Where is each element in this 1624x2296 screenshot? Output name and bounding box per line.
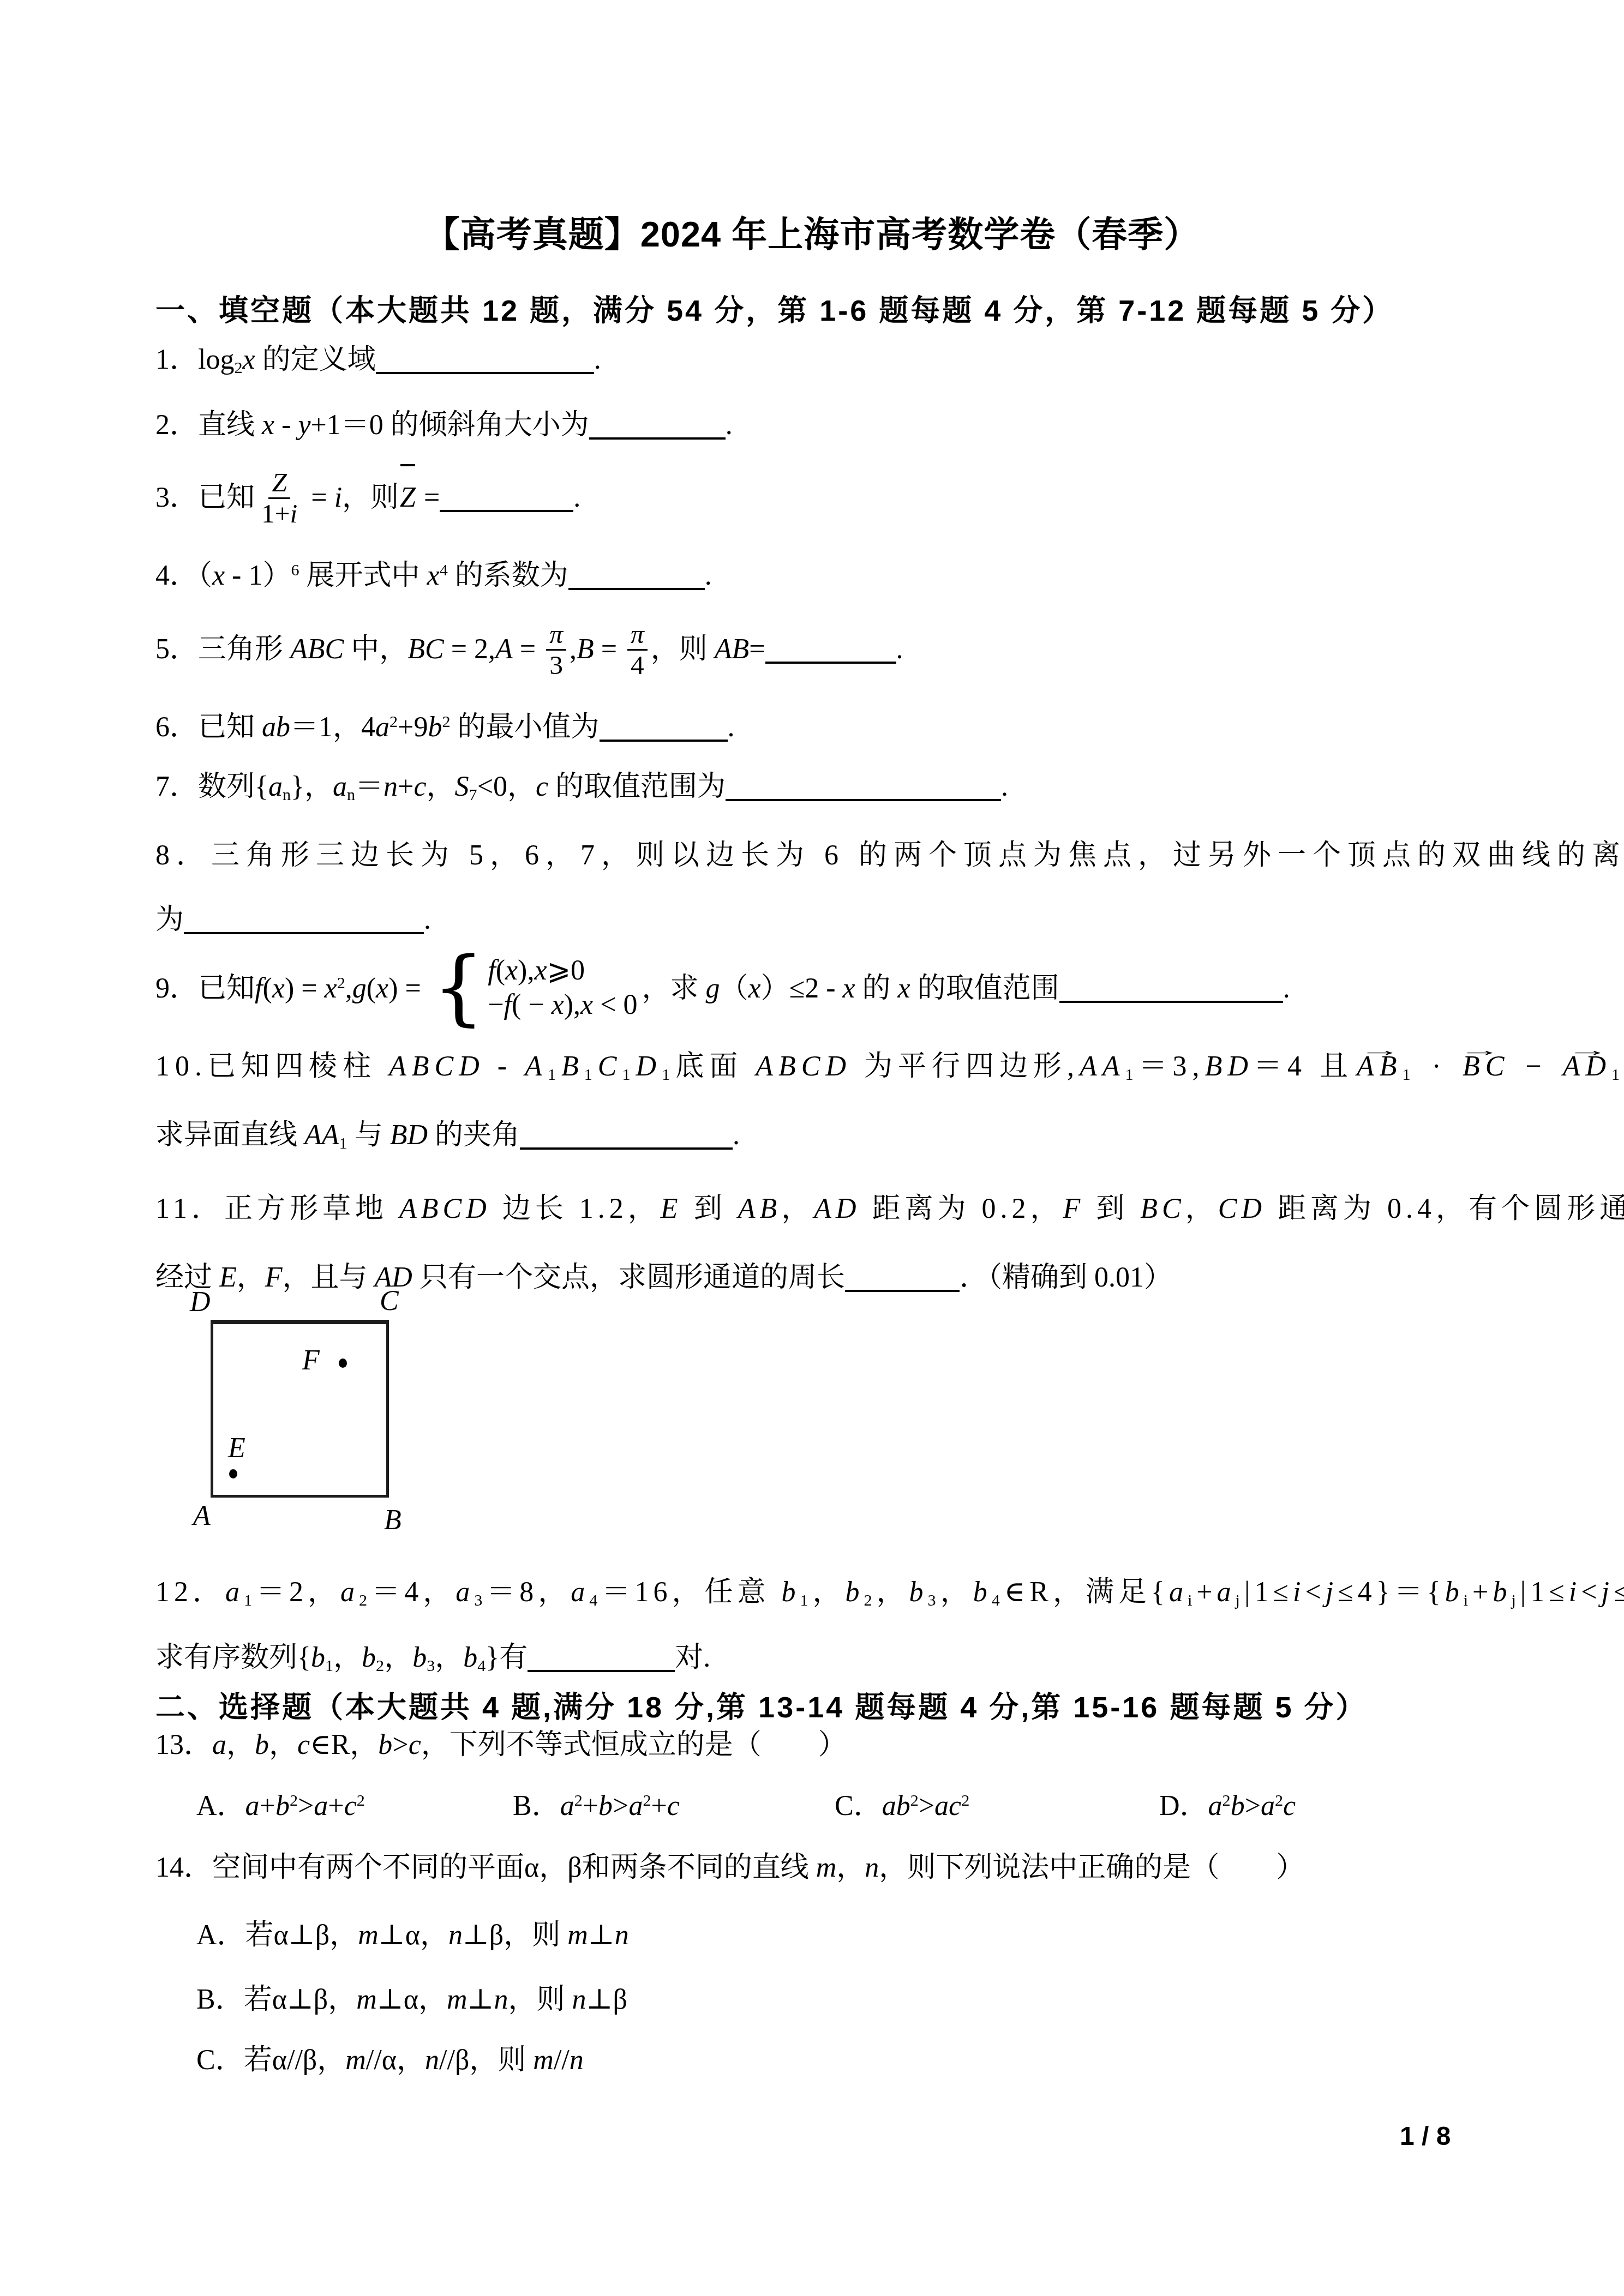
problem-8-line1: 8．三角形三边长为 5，6，7，则以边长为 6 的两个顶点为焦点，过另外一个顶点…	[155, 839, 1624, 873]
problem-13-option-d: D．a2b>a2c	[1159, 1789, 1296, 1823]
answer-blank	[765, 655, 896, 664]
answer-blank	[845, 1283, 960, 1292]
problem-8-line2: 为.	[155, 903, 431, 937]
problem-13-option-b: B．a2+b>a2+c	[513, 1789, 680, 1823]
answer-blank	[726, 792, 1001, 801]
answer-blank	[184, 925, 424, 934]
problem-13-option-c: C．ab2>ac2	[835, 1789, 969, 1823]
exam-page: 【高考真题】2024 年上海市高考数学卷（春季） 一、填空题（本大题共 12 题…	[0, 0, 1624, 2296]
vector-arrow: AD1	[1563, 1050, 1624, 1084]
answer-blank	[528, 1663, 675, 1672]
problem-10-line2: 求异面直线 AA1 与 BD 的夹角.	[155, 1119, 740, 1152]
problem-14-option-b: B．若α⊥β，m⊥α，m⊥n，则 n⊥β	[196, 1983, 627, 2017]
answer-blank	[600, 733, 728, 742]
answer-blank	[520, 1141, 733, 1150]
piecewise-cases: {f(x),x⩾0−f( − x),x < 0	[433, 951, 638, 1025]
figure-square	[211, 1320, 389, 1498]
conjugate-bar: Z	[399, 464, 417, 532]
vector-arrow: AB1	[1357, 1050, 1416, 1084]
fraction: π4	[627, 620, 648, 680]
problem-6: 6．已知 ab＝1，4a2+9b2 的最小值为.	[155, 711, 735, 744]
figure-label-b: B	[384, 1505, 401, 1536]
section-1-header: 一、填空题（本大题共 12 题，满分 54 分，第 1-6 题每题 4 分，第 …	[155, 293, 1394, 328]
fraction: Z1+i	[258, 468, 301, 528]
problem-14-option-c: C．若α//β，m//α，n//β，则 m//n	[196, 2043, 584, 2077]
point-e-dot	[229, 1469, 237, 1478]
problem-11-line1: 11．正方形草地 ABCD 边长 1.2，E 到 AB，AD 距离为 0.2，F…	[155, 1192, 1624, 1226]
problem-2: 2．直线 x - y+1＝0 的倾斜角大小为.	[155, 408, 733, 442]
problem-7: 7．数列{an}，an＝n+c，S7<0，c 的取值范围为.	[155, 770, 1008, 804]
answer-blank	[589, 431, 726, 440]
answer-blank	[376, 365, 594, 374]
answer-blank	[440, 503, 573, 512]
problem-12-line1: 12．a1＝2，a2＝4，a3＝8，a4＝16，任意 b1，b2，b3，b4∈R…	[155, 1576, 1624, 1609]
section-2-header: 二、选择题（本大题共 4 题,满分 18 分,第 13-14 题每题 4 分,第…	[155, 1690, 1367, 1725]
page-title: 【高考真题】2024 年上海市高考数学卷（春季）	[0, 213, 1624, 256]
point-f-dot	[339, 1359, 347, 1368]
fraction: π3	[546, 620, 566, 680]
problem-13: 13．a，b，c∈R，b>c，下列不等式恒成立的是（ ）	[155, 1728, 847, 1762]
problem-3: 3．已知Z1+i = i，则Z =.	[155, 464, 580, 532]
problem-4: 4．（x - 1）6 展开式中 x4 的系数为.	[155, 559, 712, 593]
problem-12-line2: 求有序数列{b1，b2，b3，b4}有对.	[155, 1641, 710, 1675]
cases-brace: {	[433, 951, 484, 1025]
vector-arrow: BC	[1463, 1050, 1509, 1084]
answer-blank	[1059, 994, 1283, 1003]
figure-label-f: F	[302, 1345, 320, 1376]
answer-blank	[568, 581, 705, 590]
page-number: 1 / 8	[1400, 2120, 1451, 2153]
figure-label-c: C	[380, 1286, 399, 1317]
problem-10-line1: 10.已知四棱柱 ABCD - A1B1C1D1底面 ABCD 为平行四边形,A…	[155, 1050, 1624, 1084]
problem-11-line2: 经过 E，F，且与 AD 只有一个交点，求圆形通道的周长．（精确到 0.01）	[155, 1261, 1172, 1295]
problem-13-option-a: A．a+b2>a+c2	[196, 1789, 365, 1823]
problem-1: 1．log2x 的定义域.	[155, 343, 601, 377]
problem-14: 14．空间中有两个不同的平面α，β和两条不同的直线 m，n，则下列说法中正确的是…	[155, 1851, 1304, 1885]
problem-9: 9．已知f(x) = x2,g(x) = {f(x),x⩾0−f( − x),x…	[155, 946, 1290, 1031]
problem-5: 5．三角形 ABC 中，BC = 2,A = π3,B = π4，则 AB=.	[155, 616, 903, 683]
figure-label-a: A	[193, 1501, 211, 1531]
figure-label-d: D	[190, 1287, 211, 1318]
figure-label-e: E	[228, 1433, 245, 1464]
problem-14-option-a: A．若α⊥β，m⊥α，n⊥β，则 m⊥n	[196, 1919, 629, 1952]
